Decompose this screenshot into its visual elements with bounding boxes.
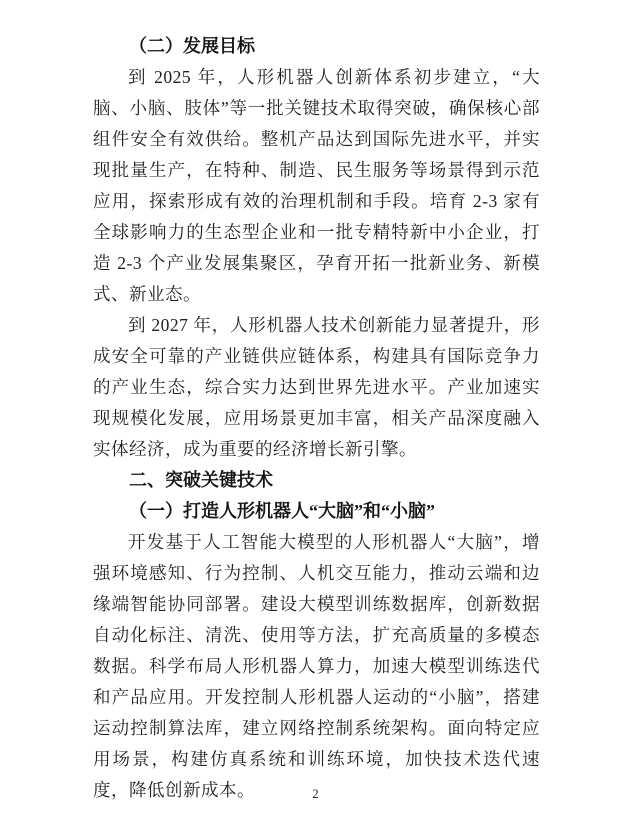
page-number: 2 (0, 786, 631, 802)
document-content: （二）发展目标 到 2025 年，人形机器人创新体系初步建立，“大脑、小脑、肢体… (93, 31, 540, 806)
paragraph-2025-goals: 到 2025 年，人形机器人创新体系初步建立，“大脑、小脑、肢体”等一批关键技术… (93, 62, 540, 310)
document-page: （二）发展目标 到 2025 年，人形机器人创新体系初步建立，“大脑、小脑、肢体… (0, 0, 631, 814)
section-heading-key-technologies: 二、突破关键技术 (93, 465, 540, 496)
paragraph-2027-goals: 到 2027 年，人形机器人技术创新能力显著提升，形成安全可靠的产业链供应链体系… (93, 310, 540, 465)
paragraph-brain-cerebellum-development: 开发基于人工智能大模型的人形机器人“大脑”，增强环境感知、行为控制、人机交互能力… (93, 527, 540, 806)
subsection-heading-brain-cerebellum: （一）打造人形机器人“大脑”和“小脑” (93, 496, 540, 527)
subsection-heading-development-goals: （二）发展目标 (93, 31, 540, 62)
